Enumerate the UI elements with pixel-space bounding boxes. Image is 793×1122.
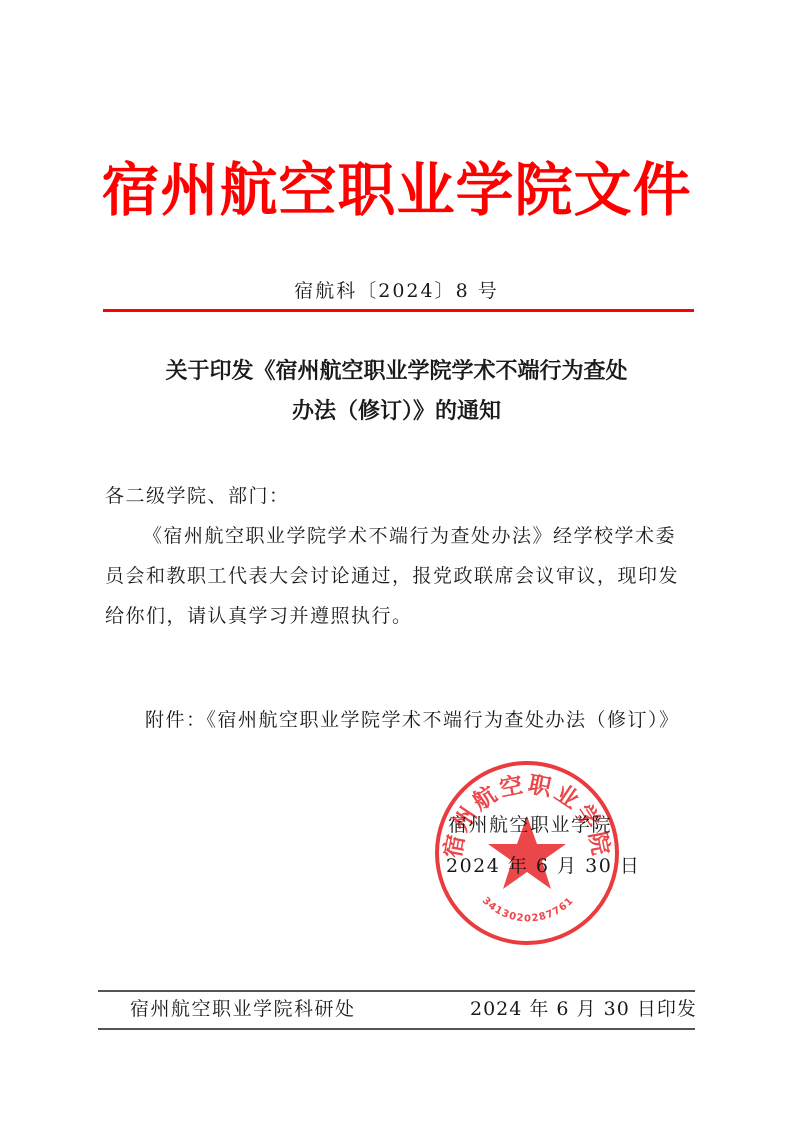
salutation: 各二级学院、部门： (105, 476, 290, 516)
paragraph-line: 《宿州航空职业学院学术不端行为查处办法》经学校学术委 (105, 516, 705, 556)
notice-title: 关于印发《宿州航空职业学院学术不端行为查处 办法（修订）》的通知 (0, 352, 793, 432)
paragraph-line: 员会和教职工代表大会讨论通过，报党政联席会议审议，现印发 (105, 556, 705, 596)
document-number: 宿航科〔2024〕8 号 (0, 278, 793, 304)
signature-date: 2024 年 6 月 30 日 (446, 846, 640, 886)
footer-divider-bottom (98, 1028, 695, 1030)
red-divider (103, 309, 694, 312)
masthead-title: 宿州航空职业学院文件 (0, 150, 793, 230)
svg-text:3413020287761: 3413020287761 (480, 895, 576, 924)
paragraph-line: 给你们，请认真学习并遵照执行。 (105, 596, 705, 636)
notice-title-line-2: 办法（修订）》的通知 (0, 392, 793, 432)
attachment-line: 附件：《宿州航空职业学院学术不端行为查处办法（修订）》 (145, 700, 680, 740)
signature-organization: 宿州航空职业学院 (448, 805, 612, 845)
footer-issuer: 宿州航空职业学院科研处 (130, 990, 356, 1028)
body-paragraph: 《宿州航空职业学院学术不端行为查处办法》经学校学术委 员会和教职工代表大会讨论通… (105, 516, 705, 636)
notice-title-line-1: 关于印发《宿州航空职业学院学术不端行为查处 (0, 352, 793, 392)
footer-issue-date: 2024 年 6 月 30 日印发 (470, 990, 697, 1028)
